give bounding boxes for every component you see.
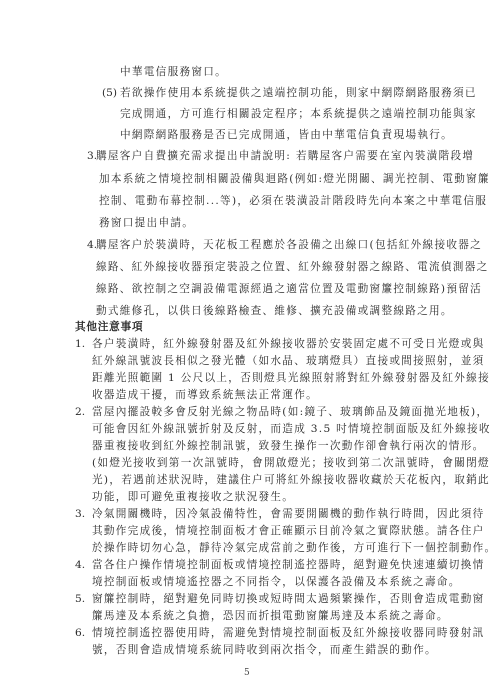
note-line: 器重複接收到紅外線控制訊號，致發生操作一次動作卻會執行兩次的情形。 <box>92 439 485 453</box>
note-line: 可能會因紅外線訊號折射及反射，而造成 3.5 吋情境控制面版及紅外線接收 <box>92 422 491 436</box>
item-5-line: 若欲操作使用本系統提供之遠端控制功能，則家中網際網路服務須已 <box>120 86 477 100</box>
note-line: 光)，若遇前述狀況時，建議住户可將紅外線接收器收藏於天花板內，取銷此 <box>92 473 490 487</box>
item-4-line: 購屋客户於裝潢時，天花板工程應於各設備之出線口(包括紅外線接收器之 <box>96 238 482 252</box>
continuation-line: 中華電信服務窗口。 <box>120 65 227 79</box>
note-5-marker: 5. <box>75 592 85 606</box>
item-5-line: 中網際網路服務是否已完成開通，皆由中華電信負責現場執行。 <box>120 128 453 142</box>
item-5-line: 完成開通，方可進行相關設定程序；本系統提供之遠端控制功能與家 <box>120 107 477 121</box>
note-line: 功能，即可避免重複接收之狀況發生。 <box>92 490 294 504</box>
note-4-marker: 4. <box>75 558 85 572</box>
note-line: 境控制面板或情境遙控器之不同指令，以保護各設備及本系統之壽命。 <box>92 575 461 589</box>
item-3-line: 控制、電動布幕控制...等)，必須在裝潢設計階段時先向本案之中華電信服 <box>99 194 487 208</box>
item-3-line: 購屋客户自費擴充需求提出申請說明: 若購屋客户需要在室內裝潢階段增 <box>96 149 474 163</box>
note-6-marker: 6. <box>75 626 85 640</box>
note-line: 當屋內擺設較多會反射光線之物品時(如:鏡子、玻璃飾品及鏡面拋光地板)， <box>92 405 488 419</box>
note-line: 其動作完成後，情境控制面板才會正確顯示目前冷氣之實際狀態。請各住户 <box>92 524 485 538</box>
note-line: 距離光照範圍 1 公尺以上，否則燈具光線照射將對紅外線發射器及紅外線接 <box>92 371 490 385</box>
page-number: 5 <box>244 668 250 678</box>
item-4-line: 動式維修孔，以供日後線路檢查、維修、擴充設備或調整線路之用。 <box>96 304 453 318</box>
note-1-marker: 1. <box>75 337 85 351</box>
item-3-line: 務窗口提出申請。 <box>99 216 194 230</box>
item-4-line: 線路、欲控制之空調設備電源經過之適當位置及電動窗簾控制線路)預留活 <box>96 282 482 296</box>
note-3-marker: 3. <box>75 507 85 521</box>
item-3-line: 加本系統之情境控制相關設備與迴路(例如:燈光開關、調光控制、電動窗簾 <box>99 172 490 186</box>
note-line: 收器造成干擾，而導致系統無法正常運作。 <box>92 388 318 402</box>
note-line: 簾馬達及本系統之負擔，恐因而折損電動窗簾馬達及本系統之壽命。 <box>92 609 449 623</box>
item-5-marker: (5) <box>102 86 117 100</box>
note-line: 號，否則會造成情境系統同時收到兩次指令，而產生錯誤的動作。 <box>92 643 437 657</box>
note-line: 各户裝潢時，紅外線發射器及紅外線接收器於安裝固定處不可受日光燈或與 <box>92 337 485 351</box>
note-line: 於操作時切勿心急，靜待冷氣完成當前之動作後，方可進行下一個控制動作。 <box>92 541 495 555</box>
note-line: 當各住户操作情境控制面板或情境控制遙控器時，絕對避免快速連續切換情 <box>92 558 485 572</box>
item-4-line: 線路、紅外線接收器預定裝設之位置、紅外線發射器之線路、電流偵測器之 <box>96 260 489 274</box>
note-line: 紅外線訊號波長相似之發光體（如水晶、玻璃燈具）直接或間接照射，並須 <box>92 354 485 368</box>
note-line: 窗簾控制時，絕對避免同時切換或短時間太過頻繁操作，否則會造成電動窗 <box>92 592 485 606</box>
note-line: 冷氣開關機時，因冷氣設備特性，會需要開關機的動作執行時間，因此須待 <box>92 507 485 521</box>
note-line: (如燈光接收到第一次訊號時，會開啟燈光；接收到第二次訊號時，會關閉燈 <box>92 456 490 470</box>
note-2-marker: 2. <box>75 405 85 419</box>
section-heading: 其他注意事項 <box>75 320 143 334</box>
note-line: 情境控制遙控器使用時，需避免對情境控制面板及紅外線接收器同時發射訊 <box>92 626 485 640</box>
